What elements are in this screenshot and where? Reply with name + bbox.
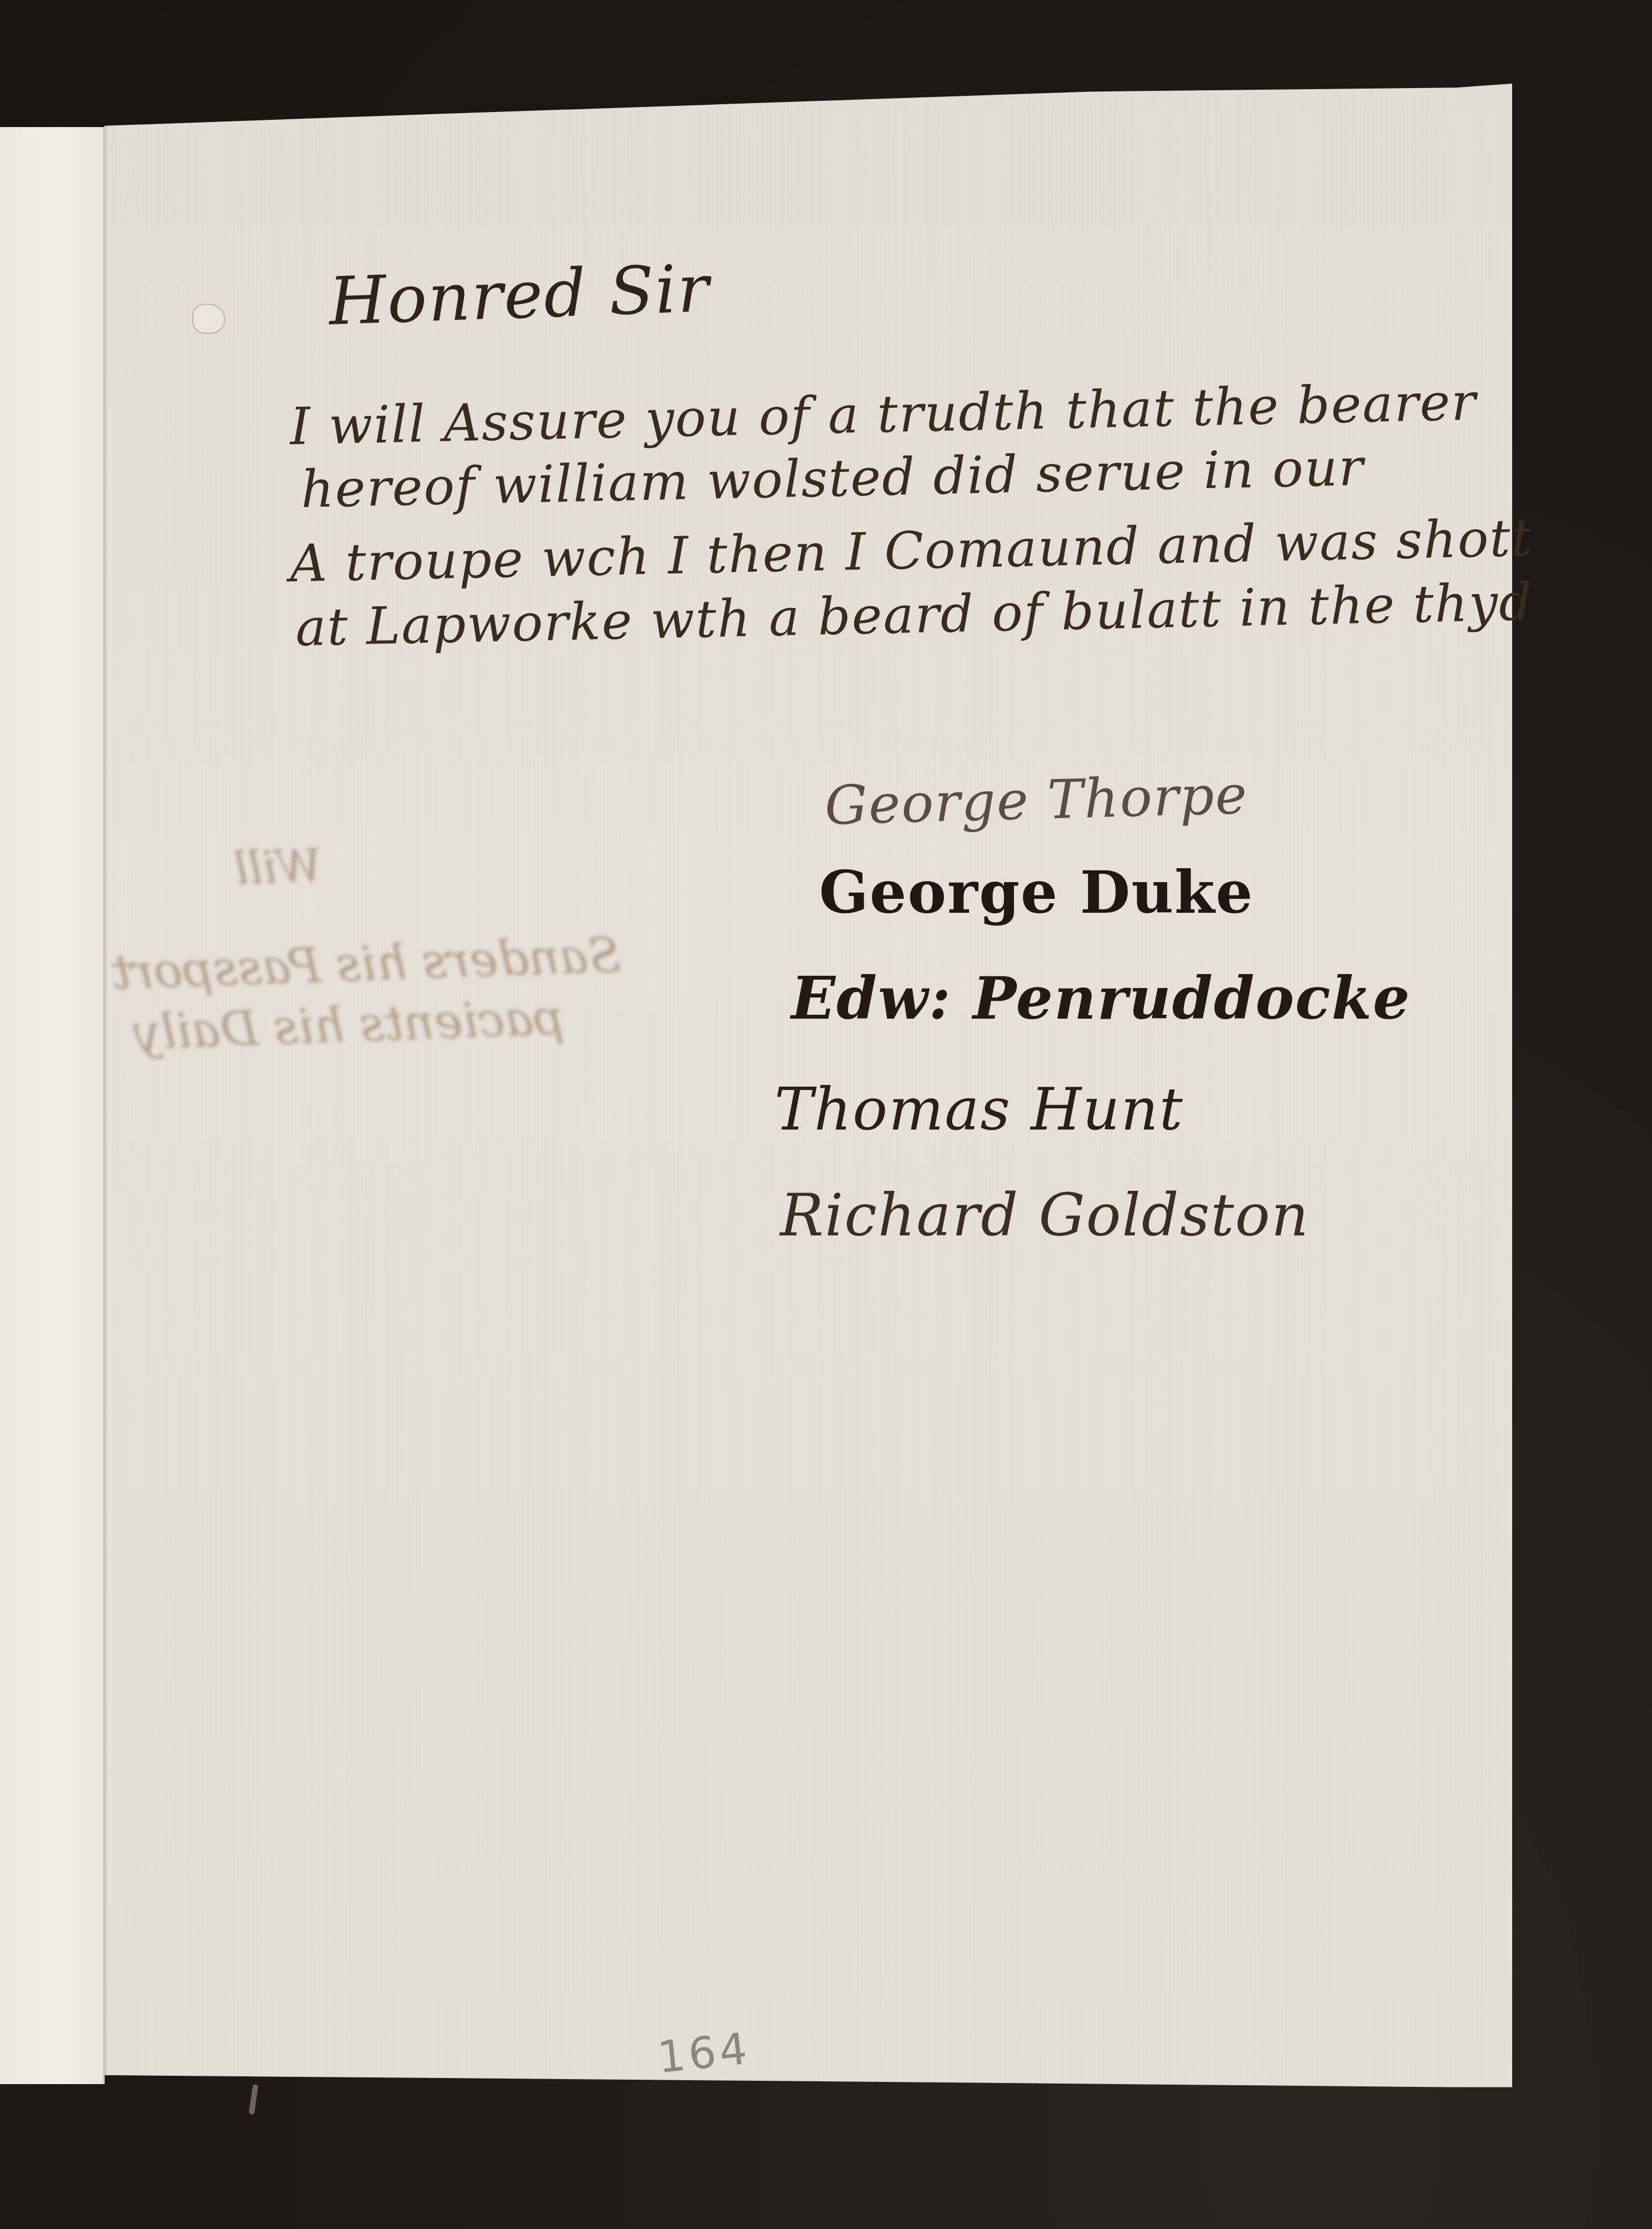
signature: George Thorpe [824, 763, 1249, 837]
signature: Richard Goldston [780, 1181, 1309, 1249]
bleed-line: Will [233, 840, 323, 894]
paper-damage-mark [192, 304, 225, 334]
folio-number: 164 [655, 2024, 753, 2084]
signature: Edw: Penruddocke [791, 964, 1411, 1033]
signature: Thomas Hunt [774, 1075, 1183, 1143]
leaf-gutter-edge [103, 127, 105, 2084]
guard-sheet [0, 127, 104, 2084]
salutation: Honred Sir [328, 250, 712, 340]
signature: George Duke [819, 858, 1254, 927]
